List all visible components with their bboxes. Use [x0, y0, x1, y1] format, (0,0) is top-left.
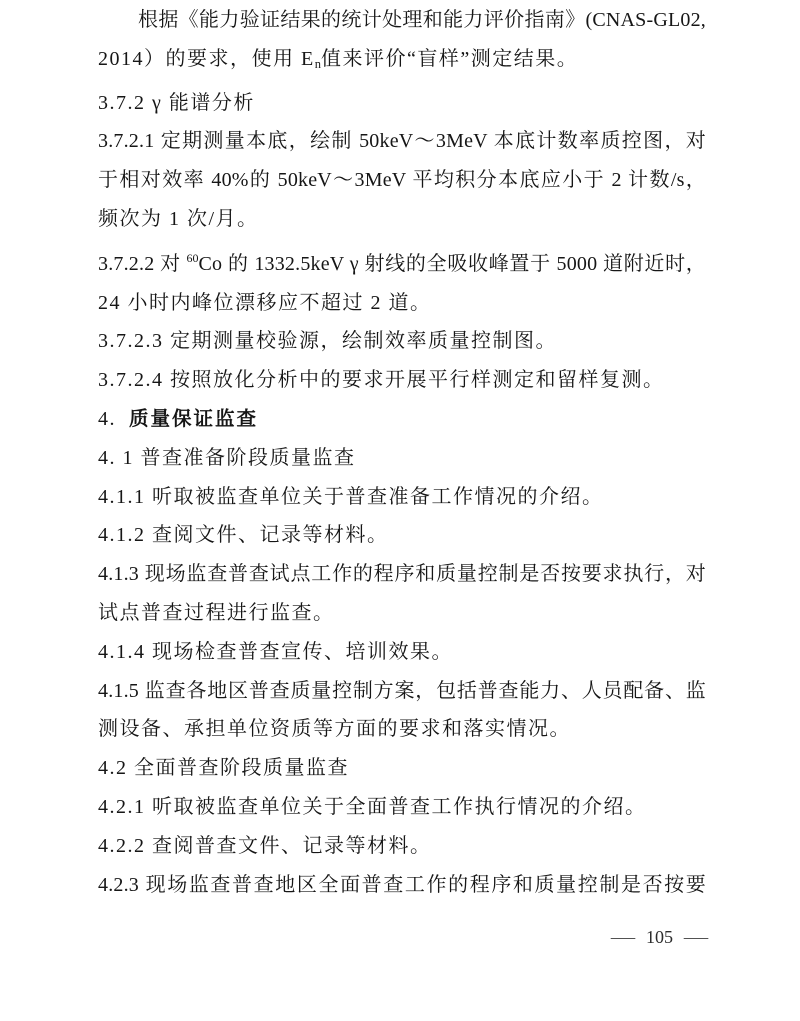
page-footer: — 105 —	[614, 925, 705, 949]
footer-dash-left: —	[611, 925, 635, 949]
text-line: 测设备、承担单位资质等方面的要求和落实情况。	[98, 710, 706, 749]
text-line: 4.2.1 听取被监查单位关于全面普查工作执行情况的介绍。	[98, 788, 706, 827]
text-line: 3.7.2 γ 能谱分析	[98, 84, 706, 123]
text-line: 4.2.3 现场监查普查地区全面普查工作的程序和质量控制是否按要	[98, 866, 706, 905]
document-page: 根据《能力验证结果的统计处理和能力评价指南》(CNAS-GL02,2014）的要…	[0, 0, 800, 1021]
superscript-text: 60	[187, 251, 199, 265]
text-line: 24 小时内峰位漂移应不超过 2 道。	[98, 284, 706, 323]
text-line: 3.7.2.3 定期测量校验源，绘制效率质量控制图。	[98, 322, 706, 361]
text-line: 4.1.2 查阅文件、记录等材料。	[98, 516, 706, 555]
text-line: 4.质量保证监查	[98, 400, 706, 439]
body-text: 值来评价“盲样”测定结果。	[321, 48, 578, 70]
body-text: 4.1.1 听取被监查单位关于普查准备工作情况的介绍。	[98, 486, 604, 508]
heading-text: 质量保证监查	[129, 408, 258, 430]
body-text: 4.1.4 现场检查普查宣传、培训效果。	[98, 641, 453, 663]
body-text: Co 的 1332.5keV γ 射线的全吸收峰置于 5000 道附近时，	[199, 253, 707, 275]
text-line: 试点普查过程进行监查。	[98, 594, 706, 633]
text-line: 4.1.3 现场监查普查试点工作的程序和质量控制是否按要求执行，对	[98, 555, 706, 594]
body-text: 试点普查过程进行监查。	[98, 602, 335, 624]
text-line: 4.1.1 听取被监查单位关于普查准备工作情况的介绍。	[98, 478, 706, 517]
body-text: 24 小时内峰位漂移应不超过 2 道。	[98, 292, 432, 314]
body-text: 4. 1 普查准备阶段质量监查	[98, 447, 356, 469]
body-text: 测设备、承担单位资质等方面的要求和落实情况。	[98, 718, 571, 740]
body-text: 4.2.3 现场监查普查地区全面普查工作的程序和质量控制是否按要	[98, 874, 706, 896]
text-line: 于相对效率 40%的 50keV～3MeV 平均积分本底应小于 2 计数/s，	[98, 161, 706, 200]
page-number: 105	[646, 925, 673, 949]
body-text: 3.7.2.2 对	[98, 253, 187, 275]
text-line: 4.2.2 查阅普查文件、记录等材料。	[98, 827, 706, 866]
body-text: 4.	[98, 408, 116, 430]
body-text: 3.7.2.1 定期测量本底，绘制 50keV～3MeV 本底计数率质控图，对	[98, 130, 706, 152]
body-text: 根据《能力验证结果的统计处理和能力评价指南》(CNAS-GL02,	[138, 9, 706, 31]
text-line: 4.1.5 监查各地区普查质量控制方案，包括普查能力、人员配备、监	[98, 672, 706, 711]
body-text: 4.1.5 监查各地区普查质量控制方案，包括普查能力、人员配备、监	[98, 680, 706, 702]
footer-dash-right: —	[684, 925, 708, 949]
text-line: 频次为 1 次/月。	[98, 200, 706, 239]
body-text: 频次为 1 次/月。	[98, 208, 259, 230]
body-text: 4.2.2 查阅普查文件、记录等材料。	[98, 835, 432, 857]
body-text: 2014）的要求，使用 E	[98, 48, 315, 70]
body-text: 4.1.3 现场监查普查试点工作的程序和质量控制是否按要求执行，对	[98, 563, 706, 585]
text-line: 4. 1 普查准备阶段质量监查	[98, 439, 706, 478]
body-text: 3.7.2 γ 能谱分析	[98, 92, 255, 114]
text-line: 4.1.4 现场检查普查宣传、培训效果。	[98, 633, 706, 672]
text-line: 3.7.2.2 对 60Co 的 1332.5keV γ 射线的全吸收峰置于 5…	[98, 239, 706, 284]
body-text: 3.7.2.3 定期测量校验源，绘制效率质量控制图。	[98, 330, 557, 352]
text-line: 根据《能力验证结果的统计处理和能力评价指南》(CNAS-GL02,	[98, 1, 706, 40]
document-body: 根据《能力验证结果的统计处理和能力评价指南》(CNAS-GL02,2014）的要…	[98, 1, 706, 904]
text-line: 3.7.2.4 按照放化分析中的要求开展平行样测定和留样复测。	[98, 361, 706, 400]
text-line: 2014）的要求，使用 En值来评价“盲样”测定结果。	[98, 40, 706, 84]
body-text: 4.2.1 听取被监查单位关于全面普查工作执行情况的介绍。	[98, 796, 647, 818]
body-text: 4.1.2 查阅文件、记录等材料。	[98, 524, 389, 546]
body-text: 4.2 全面普查阶段质量监查	[98, 757, 349, 779]
text-line: 4.2 全面普查阶段质量监查	[98, 749, 706, 788]
text-line: 3.7.2.1 定期测量本底，绘制 50keV～3MeV 本底计数率质控图，对	[98, 122, 706, 161]
body-text: 3.7.2.4 按照放化分析中的要求开展平行样测定和留样复测。	[98, 369, 665, 391]
body-text: 于相对效率 40%的 50keV～3MeV 平均积分本底应小于 2 计数/s，	[98, 169, 706, 191]
